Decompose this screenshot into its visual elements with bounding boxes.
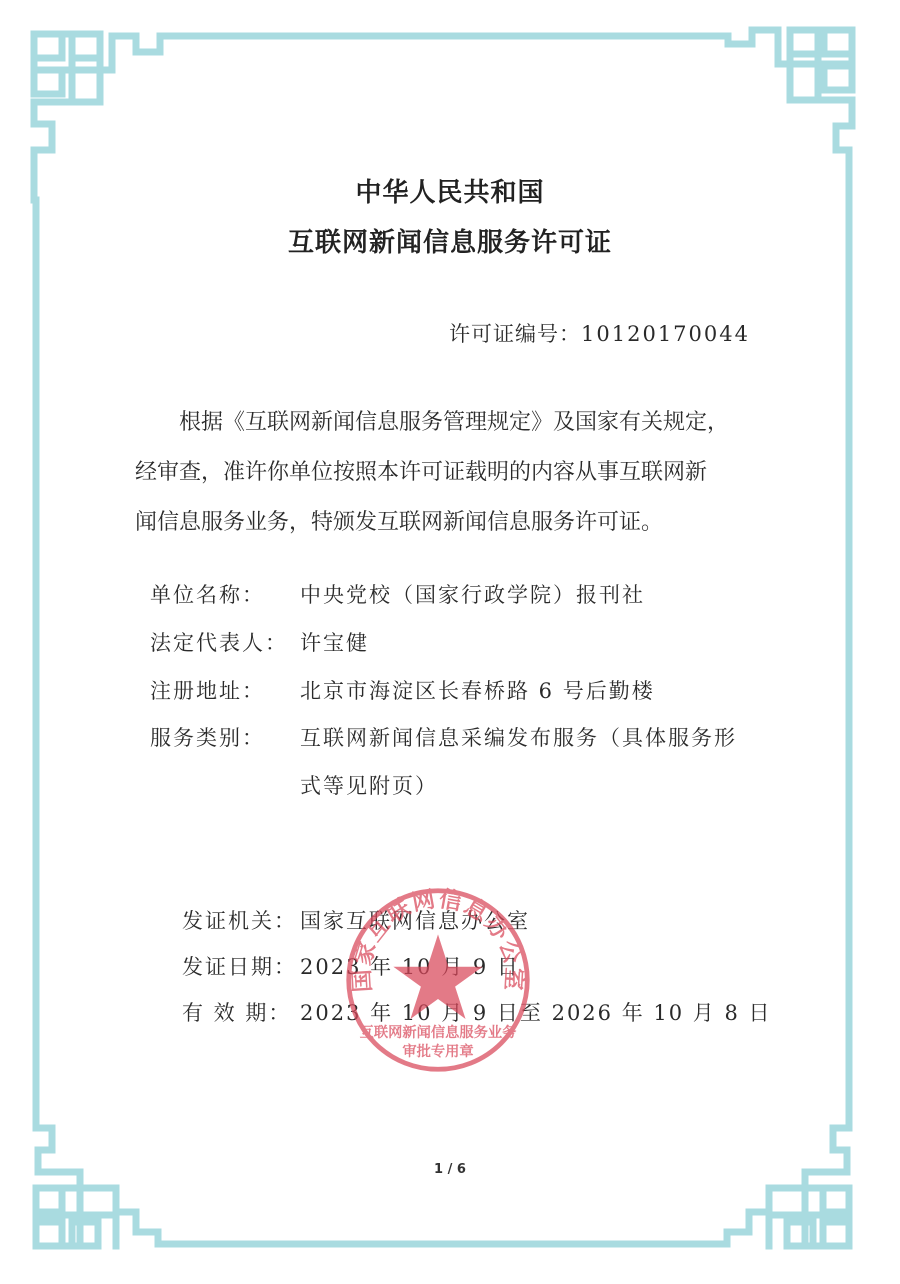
- title-country: 中华人民共和国: [0, 172, 900, 209]
- title-license: 互联网新闻信息服务许可证: [0, 222, 900, 259]
- field-value: 中央党校（国家行政学院）报刊社: [300, 579, 645, 609]
- body-line: 根据《互联网新闻信息服务管理规定》及国家有关规定，: [135, 398, 775, 448]
- seal-inner-text-1: 互联网新闻信息服务业务: [360, 1023, 518, 1041]
- star-icon: [393, 934, 482, 1019]
- body-paragraph: 根据《互联网新闻信息服务管理规定》及国家有关规定， 经审查，准许你单位按照本许可…: [135, 398, 775, 548]
- official-seal: 国家互联网信息办公室 互联网新闻信息服务业务 审批专用章: [343, 885, 533, 1075]
- field-value-line: 互联网新闻信息采编发布服务（具体服务形: [300, 714, 737, 762]
- field-unit-name: 单位名称： 中央党校（国家行政学院）报刊社: [150, 570, 790, 618]
- field-label: 法定代表人：: [150, 627, 300, 657]
- license-number-value: 10120170044: [581, 322, 750, 346]
- field-service-category: 服务类别： 互联网新闻信息采编发布服务（具体服务形 式等见附页）: [150, 714, 790, 810]
- field-registered-address: 注册地址： 北京市海淀区长春桥路 6 号后勤楼: [150, 666, 790, 714]
- seal-inner-text-2: 审批专用章: [402, 1042, 473, 1060]
- license-number: 许可证编号：10120170044: [449, 318, 750, 348]
- field-value: 北京市海淀区长春桥路 6 号后勤楼: [300, 675, 655, 705]
- issue-date-label: 发证日期：: [182, 951, 300, 981]
- field-value-line: 式等见附页）: [300, 762, 737, 810]
- license-fields: 单位名称： 中央党校（国家行政学院）报刊社 法定代表人： 许宝健 注册地址： 北…: [150, 570, 790, 810]
- field-value: 许宝健: [300, 627, 369, 657]
- body-line: 闻信息服务业务，特颁发互联网新闻信息服务许可证。: [135, 498, 775, 548]
- validity-label: 有 效 期：: [182, 997, 300, 1027]
- field-label: 注册地址：: [150, 675, 300, 705]
- license-number-label: 许可证编号：: [449, 322, 581, 346]
- body-line: 经审查，准许你单位按照本许可证载明的内容从事互联网新: [135, 448, 775, 498]
- field-label: 服务类别：: [150, 714, 300, 762]
- field-legal-representative: 法定代表人： 许宝健: [150, 618, 790, 666]
- page-indicator: 1 / 6: [0, 1162, 900, 1177]
- issuing-authority-label: 发证机关：: [182, 905, 300, 935]
- field-value: 互联网新闻信息采编发布服务（具体服务形 式等见附页）: [300, 714, 737, 810]
- field-label: 单位名称：: [150, 579, 300, 609]
